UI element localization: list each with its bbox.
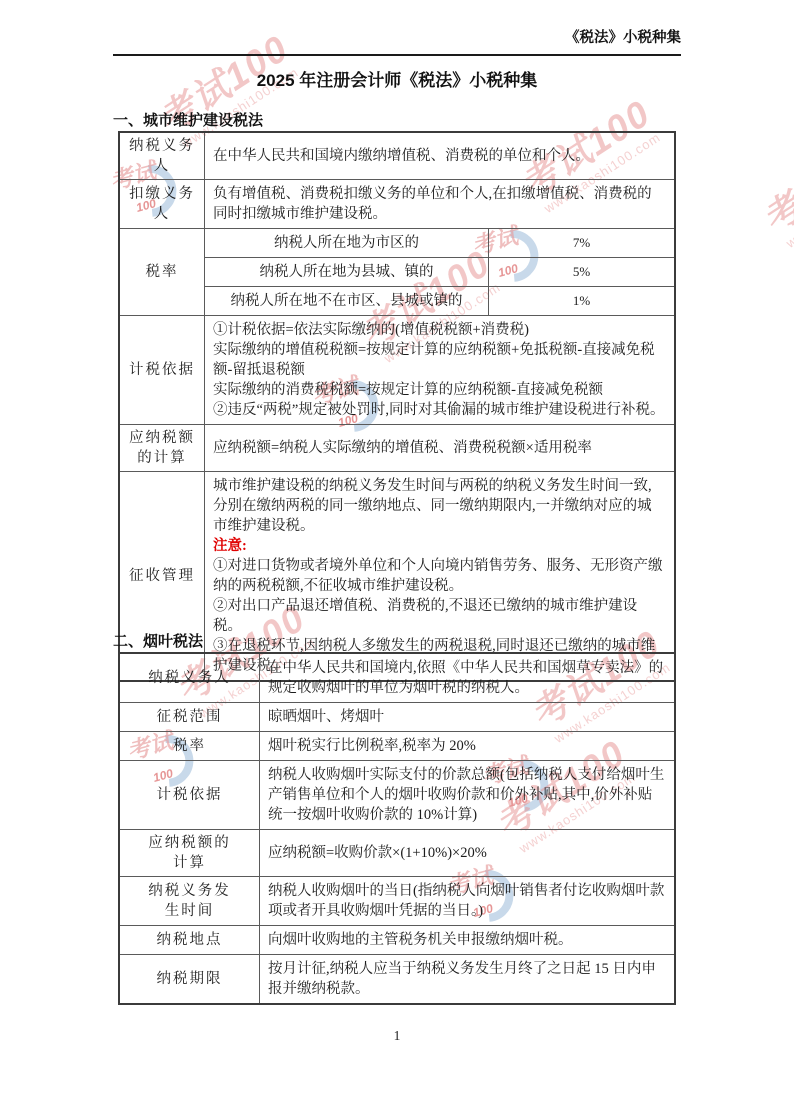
document-title: 2025 年注册会计师《税法》小税种集 bbox=[113, 66, 681, 91]
table-row: 纳税义务 人 在中华人民共和国境内缴纳增值税、消费税的单位和个人。 bbox=[120, 133, 674, 179]
table-row: 纳税期限 按月计征,纳税人应当于纳税义务发生月终了之日起 15 日内申报并缴纳税… bbox=[120, 954, 674, 1003]
row-content: 按月计征,纳税人应当于纳税义务发生月终了之日起 15 日内申报并缴纳税款。 bbox=[260, 955, 674, 1003]
row-label: 税率 bbox=[120, 732, 260, 760]
row-label: 应纳税额 的计算 bbox=[120, 425, 205, 471]
tobacco-leaf-tax-table: 纳税义务人 在中华人民共和国境内,依照《中华人民共和国烟草专卖法》的规定收购烟叶… bbox=[118, 652, 676, 1005]
row-content: 应纳税额=收购价款×(1+10%)×20% bbox=[260, 830, 674, 876]
row-label: 纳税义务人 bbox=[120, 654, 260, 702]
row-label: 扣缴义务 人 bbox=[120, 180, 205, 228]
notice-label: 注意: bbox=[213, 536, 666, 556]
rate-row: 纳税人所在地为县城、镇的 5% bbox=[205, 257, 674, 286]
table-row: 纳税义务发 生时间 纳税人收购烟叶的当日(指纳税人向烟叶销售者付讫收购烟叶款项或… bbox=[120, 876, 674, 925]
urban-construction-tax-table: 纳税义务 人 在中华人民共和国境内缴纳增值税、消费税的单位和个人。 扣缴义务 人… bbox=[118, 131, 676, 682]
table-row: 征税范围 晾晒烟叶、烤烟叶 bbox=[120, 702, 674, 731]
rate-value: 5% bbox=[488, 258, 674, 286]
row-label: 纳税期限 bbox=[120, 955, 260, 1003]
page-number: 1 bbox=[0, 1028, 794, 1044]
row-label: 纳税义务发 生时间 bbox=[120, 877, 260, 925]
row-label: 应纳税额的 计算 bbox=[120, 830, 260, 876]
admin-intro-text: 城市维护建设税的纳税义务发生时间与两税的纳税义务发生时间一致,分别在缴纳两税的同… bbox=[213, 476, 666, 536]
row-label: 纳税义务 人 bbox=[120, 133, 205, 179]
row-content: ①计税依据=依法实际缴纳的(增值税税额+消费税) 实际缴纳的增值税税额=按规定计… bbox=[205, 316, 674, 424]
row-content: 负有增值税、消费税扣缴义务的单位和个人,在扣缴增值税、消费税的同时扣缴城市维护建… bbox=[205, 180, 674, 228]
table-row: 计税依据 纳税人收购烟叶实际支付的价款总额(包括纳税人支付给烟叶生产销售单位和个… bbox=[120, 760, 674, 829]
row-label: 计税依据 bbox=[120, 761, 260, 829]
row-label: 税率 bbox=[120, 229, 205, 315]
rate-value: 7% bbox=[488, 229, 674, 257]
row-content: 在中华人民共和国境内缴纳增值税、消费税的单位和个人。 bbox=[205, 133, 674, 179]
table-row: 税率 烟叶税实行比例税率,税率为 20% bbox=[120, 731, 674, 760]
row-content: 在中华人民共和国境内,依照《中华人民共和国烟草专卖法》的规定收购烟叶的单位为烟叶… bbox=[260, 654, 674, 702]
rate-condition: 纳税人所在地为县城、镇的 bbox=[205, 258, 488, 286]
row-content: 纳税人收购烟叶的当日(指纳税人向烟叶销售者付讫收购烟叶款项或者开具收购烟叶凭据的… bbox=[260, 877, 674, 925]
section-1-heading: 一、城市维护建设税法 bbox=[113, 109, 681, 130]
table-row: 计税依据 ①计税依据=依法实际缴纳的(增值税税额+消费税) 实际缴纳的增值税税额… bbox=[120, 315, 674, 424]
rate-subtable: 纳税人所在地为市区的 7% 纳税人所在地为县城、镇的 5% 纳税人所在地不在市区… bbox=[205, 229, 674, 315]
rate-row: 纳税人所在地不在市区、县城或镇的 1% bbox=[205, 286, 674, 315]
table-row: 应纳税额的 计算 应纳税额=收购价款×(1+10%)×20% bbox=[120, 829, 674, 876]
row-content: 晾晒烟叶、烤烟叶 bbox=[260, 703, 674, 731]
row-content: 烟叶税实行比例税率,税率为 20% bbox=[260, 732, 674, 760]
row-content: 向烟叶收购地的主管税务机关申报缴纳烟叶税。 bbox=[260, 926, 674, 954]
rate-condition: 纳税人所在地为市区的 bbox=[205, 229, 488, 257]
row-label: 征税范围 bbox=[120, 703, 260, 731]
table-row-tax-rates: 税率 纳税人所在地为市区的 7% 纳税人所在地为县城、镇的 5% 纳税人所在地不… bbox=[120, 228, 674, 315]
document-page: 考试100www.kaoshi100.com 考试100 考试100www.ka… bbox=[0, 0, 794, 1098]
row-content: 纳税人收购烟叶实际支付的价款总额(包括纳税人支付给烟叶生产销售单位和个人的烟叶收… bbox=[260, 761, 674, 829]
row-label: 计税依据 bbox=[120, 316, 205, 424]
rate-condition: 纳税人所在地不在市区、县城或镇的 bbox=[205, 287, 488, 315]
rate-row: 纳税人所在地为市区的 7% bbox=[205, 229, 674, 257]
table-row: 纳税地点 向烟叶收购地的主管税务机关申报缴纳烟叶税。 bbox=[120, 925, 674, 954]
page-header: 《税法》小税种集 bbox=[113, 26, 681, 56]
watermark: 考试100www.kaoshi100.com bbox=[712, 170, 794, 345]
row-label: 纳税地点 bbox=[120, 926, 260, 954]
row-content: 应纳税额=纳税人实际缴纳的增值税、消费税税额×适用税率 bbox=[205, 425, 674, 471]
table-row: 纳税义务人 在中华人民共和国境内,依照《中华人民共和国烟草专卖法》的规定收购烟叶… bbox=[120, 654, 674, 702]
table-row: 应纳税额 的计算 应纳税额=纳税人实际缴纳的增值税、消费税税额×适用税率 bbox=[120, 424, 674, 471]
section-2-heading: 二、烟叶税法 bbox=[113, 630, 681, 651]
rate-value: 1% bbox=[488, 287, 674, 315]
table-row: 扣缴义务 人 负有增值税、消费税扣缴义务的单位和个人,在扣缴增值税、消费税的同时… bbox=[120, 179, 674, 228]
